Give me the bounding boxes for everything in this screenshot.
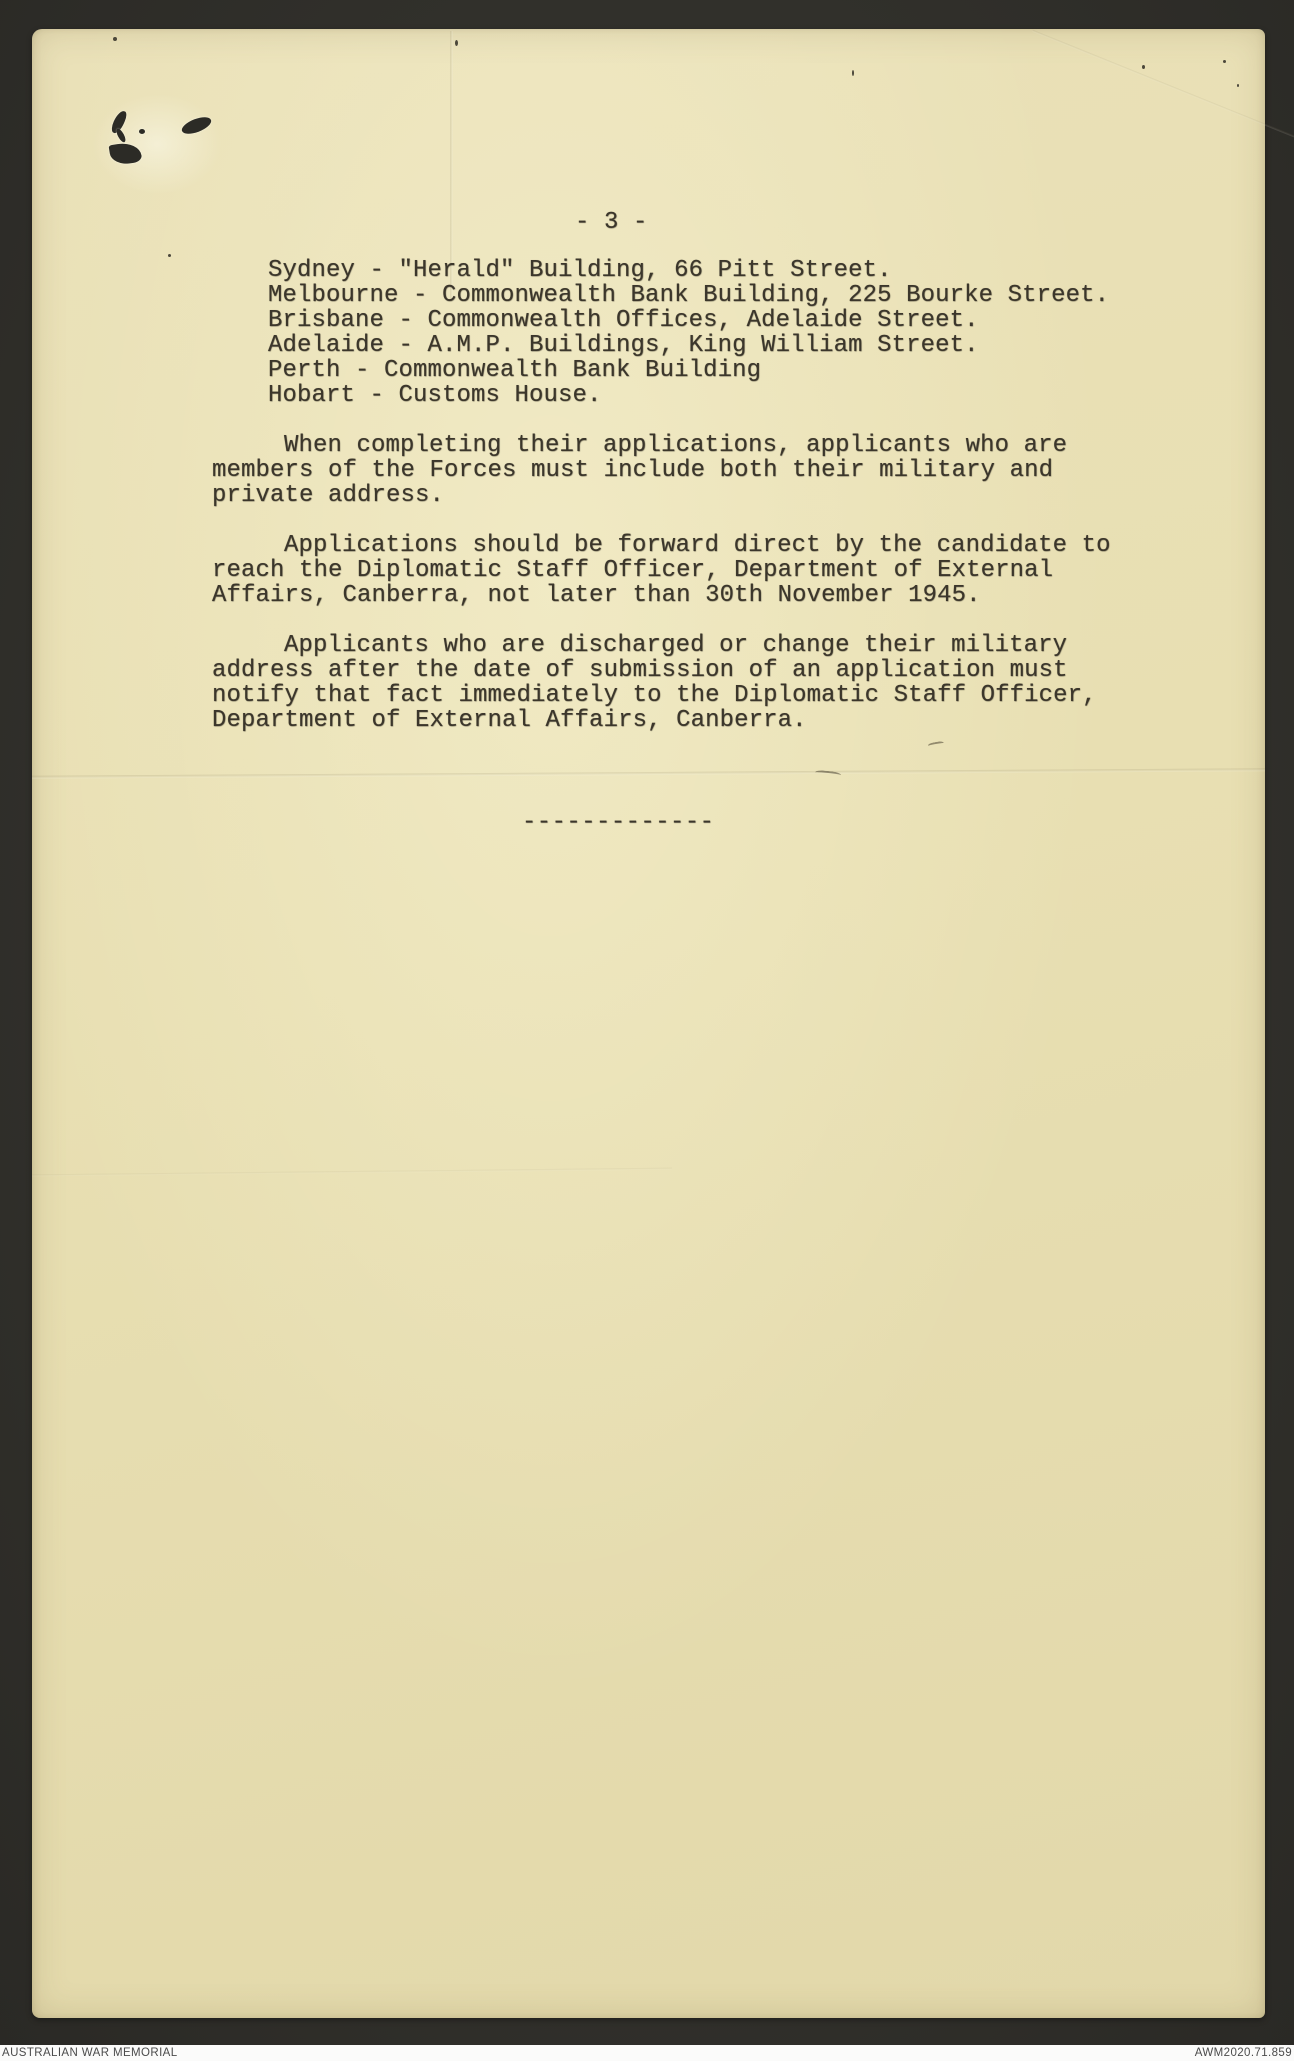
pencil-mark [928, 741, 945, 750]
footer-archive-name: AUSTRALIAN WAR MEMORIAL [0, 2045, 178, 2061]
ink-dot [852, 70, 854, 76]
paper-crease-diagonal-top-right [1032, 30, 1294, 140]
page-number: - 3 - [575, 210, 648, 235]
ink-dot [1223, 60, 1226, 63]
location-line: Sydney - "Herald" Building, 66 Pitt Stre… [268, 258, 1109, 283]
body-paragraph: Applicants who are discharged or change … [212, 633, 1222, 733]
paper-crumple-highlight [87, 89, 227, 199]
body-paragraph: Applications should be forward direct by… [212, 533, 1222, 608]
location-line: Melbourne - Commonwealth Bank Building, … [268, 283, 1109, 308]
paper-hole [139, 129, 145, 134]
ink-dot [168, 254, 171, 257]
ink-dot [1237, 84, 1239, 87]
location-line: Perth - Commonwealth Bank Building [268, 358, 1109, 383]
footer-catalog-number: AWM2020.71.859 [1195, 2045, 1294, 2061]
location-line: Hobart - Customs House. [268, 383, 1109, 408]
typed-separator: ------------- [522, 810, 714, 835]
ink-dot [113, 37, 117, 41]
paper-hole [115, 127, 127, 143]
ink-dot [1142, 65, 1145, 69]
location-line: Brisbane - Commonwealth Offices, Adelaid… [268, 308, 1109, 333]
location-line: Adelaide - A.M.P. Buildings, King Willia… [268, 333, 1109, 358]
paper-hole [109, 141, 143, 167]
body-paragraph: When completing their applications, appl… [212, 433, 1222, 508]
office-location-list: Sydney - "Herald" Building, 66 Pitt Stre… [268, 258, 1109, 408]
document-page: - 3 - Sydney - "Herald" Building, 66 Pit… [32, 29, 1265, 2018]
ink-dot [455, 40, 458, 46]
scan-background-mat: - 3 - Sydney - "Herald" Building, 66 Pit… [0, 0, 1294, 2061]
paper-crease-horizontal-middle [32, 768, 1265, 779]
paper-hole [180, 114, 214, 137]
paper-crease-lower-left [32, 1168, 672, 1177]
pencil-mark [815, 770, 842, 780]
archive-footer-bar: AUSTRALIAN WAR MEMORIAL AWM2020.71.859 [0, 2045, 1294, 2061]
